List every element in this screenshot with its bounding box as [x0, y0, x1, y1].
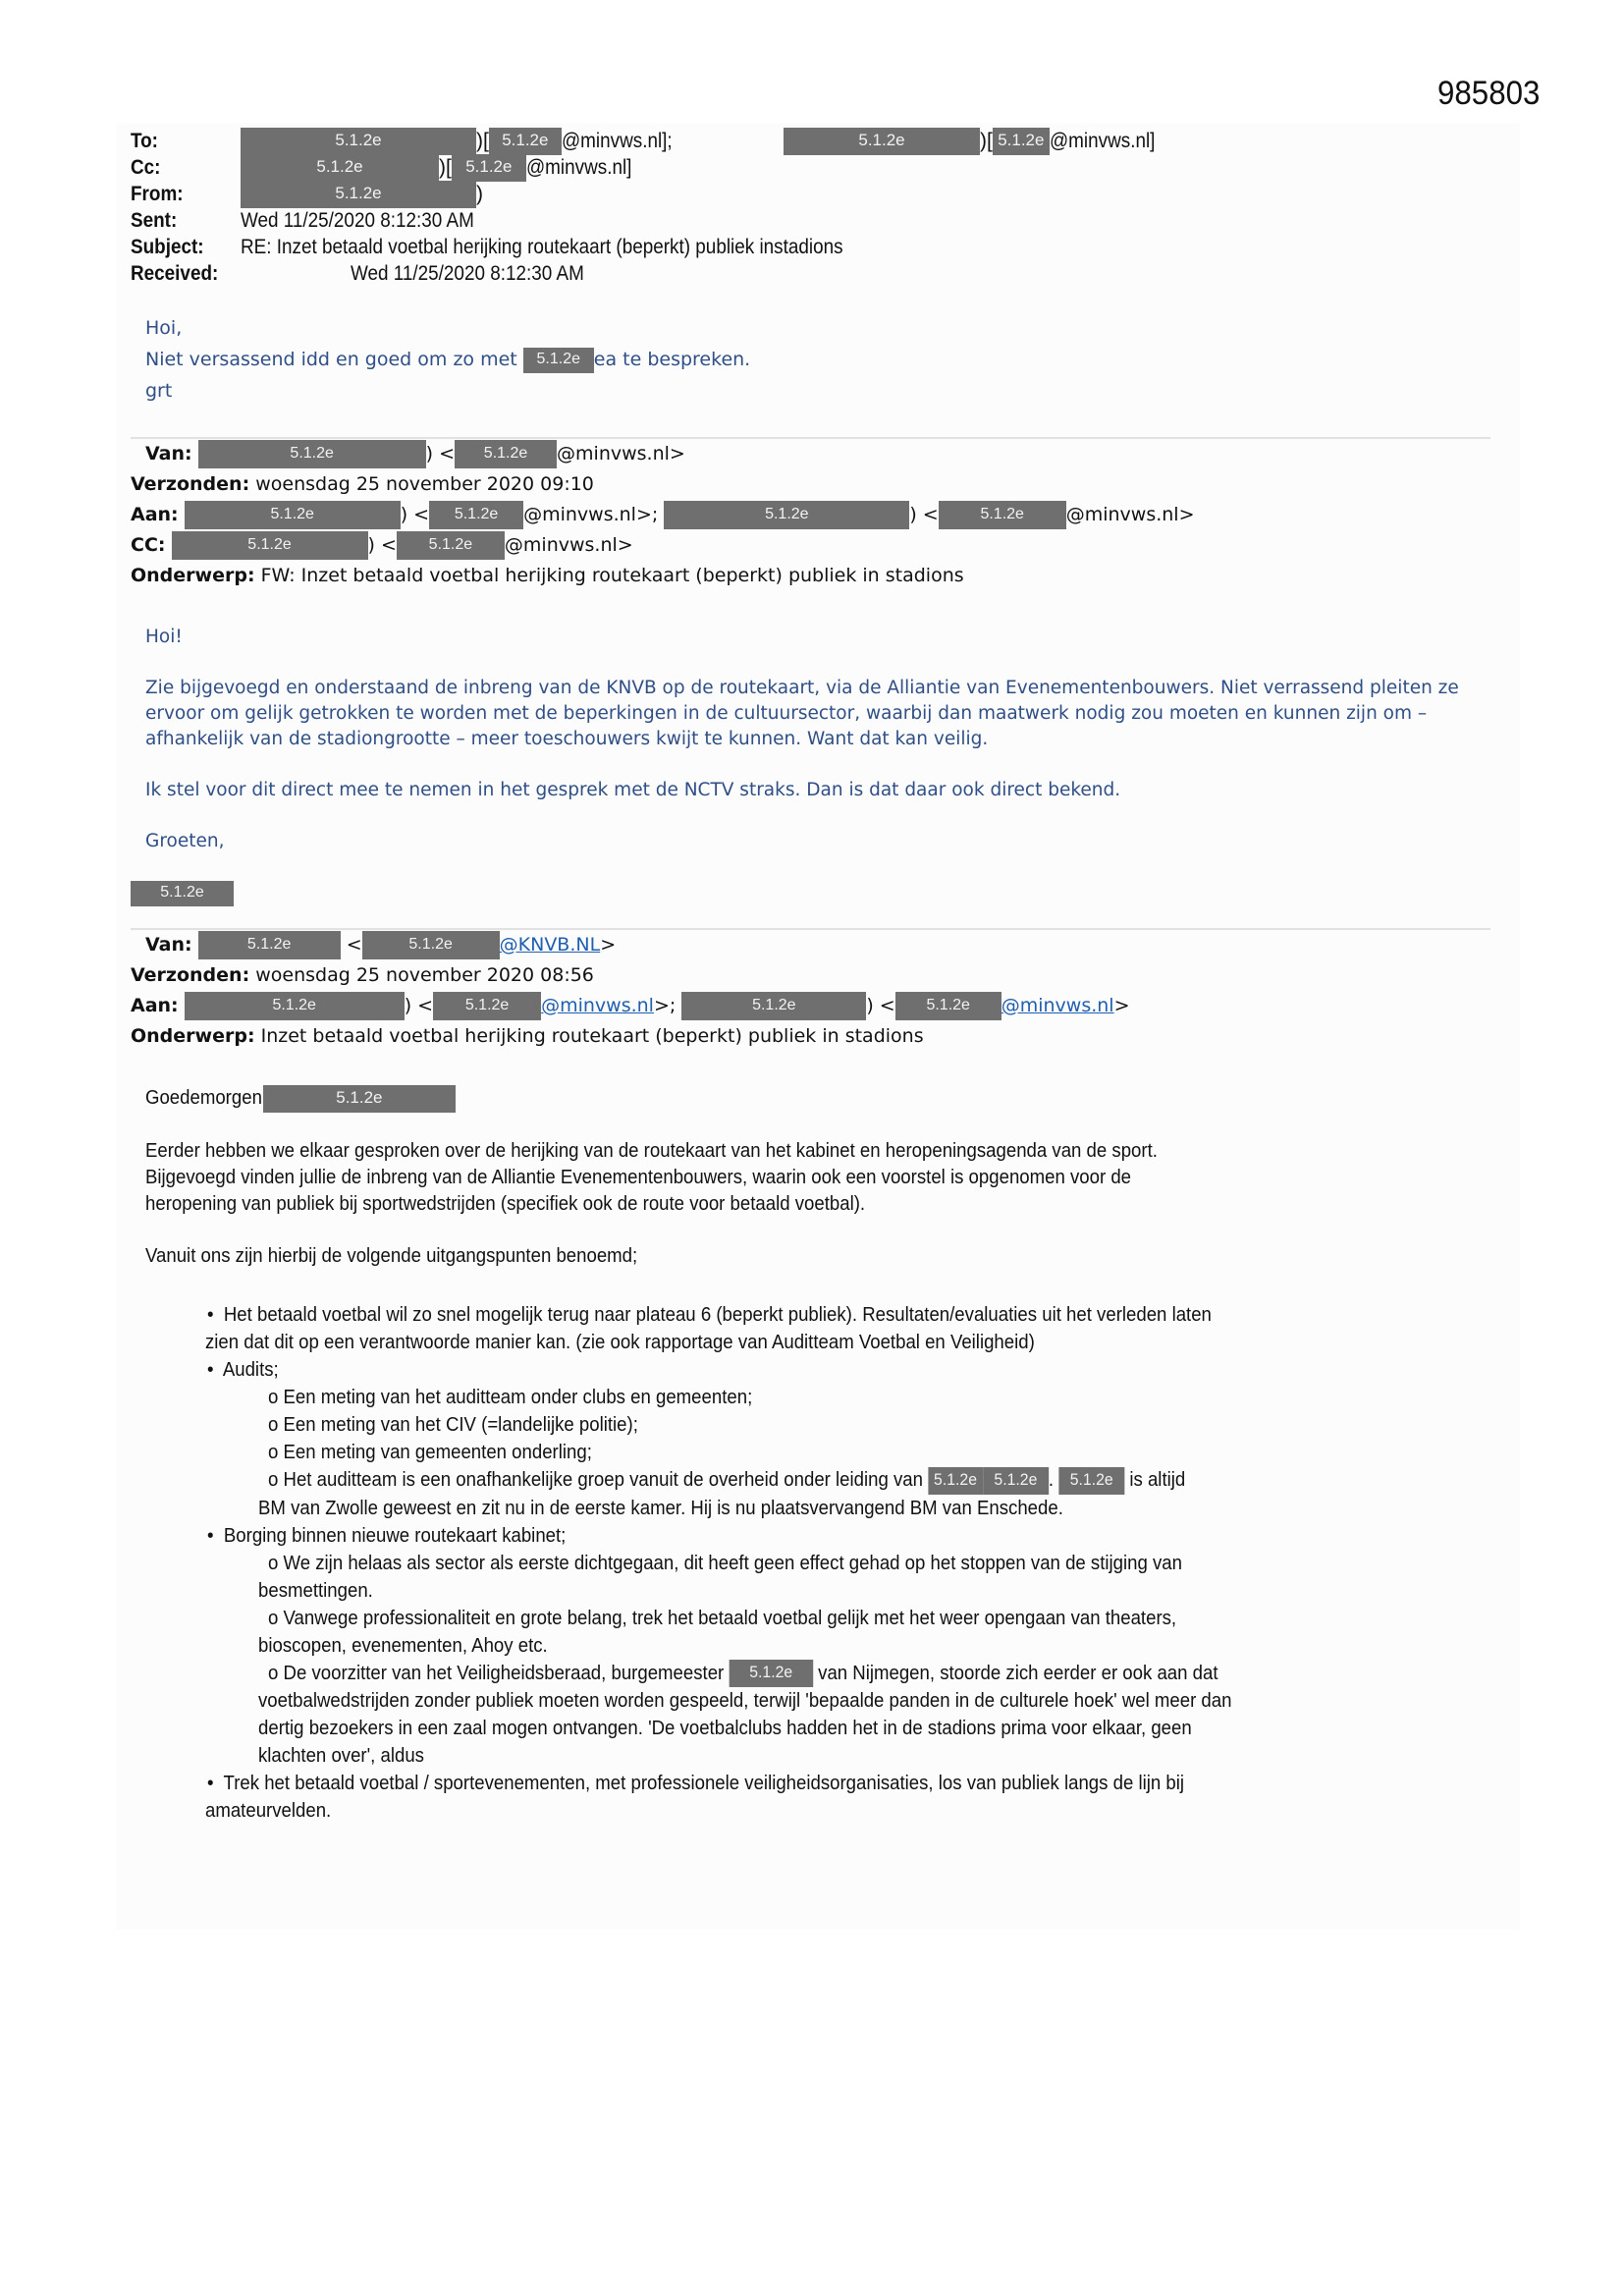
circle-bullet-icon: o: [268, 1414, 278, 1436]
van-label: Van:: [145, 934, 192, 956]
redaction: 5.1.2e: [983, 1467, 1049, 1495]
van-label: Van:: [145, 443, 192, 465]
sub-bullet-text: Een meting van gemeenten onderling;: [284, 1442, 592, 1463]
sub-bullet-line: o Het auditteam is een onafhankelijke gr…: [268, 1466, 1408, 1495]
original-intro-points: Vanuit ons zijn hierbij de volgende uitg…: [145, 1243, 1500, 1270]
separator-text: ): [476, 183, 483, 205]
sub-bullet-item: o Een meting van gemeenten onderling;: [207, 1439, 1493, 1466]
forward-paragraph-1: Zie bijgevoegd en onderstaand de inbreng…: [145, 676, 1490, 752]
bullet-icon: •: [207, 1359, 214, 1381]
sub-bullet-text: is altijd: [1129, 1469, 1185, 1491]
separator-text: )[: [980, 130, 993, 152]
van-row: Van: 5.1.2e <5.1.2e@KNVB.NL>: [131, 930, 1130, 960]
bracket-text: >: [1114, 995, 1130, 1016]
paragraph-line: heropening van publiek bij sportwedstrij…: [145, 1191, 865, 1218]
bullet-item: • Het betaald voetbal wil zo snel mogeli…: [207, 1301, 1493, 1356]
redaction: 5.1.2e: [939, 501, 1066, 529]
sub-bullet-text: Een meting van het auditteam onder clubs…: [284, 1387, 753, 1408]
redaction: 5.1.2e: [198, 931, 341, 959]
forward-paragraph-2: Ik stel voor dit direct mee te nemen in …: [145, 778, 1490, 803]
sub-bullet-text: We zijn helaas als sector als eerste dic…: [284, 1553, 1182, 1574]
van-suffix: @minvws.nl>: [557, 443, 685, 465]
sub-bullet-line: o Vanwege professionaliteit en grote bel…: [268, 1605, 1408, 1632]
redaction: 5.1.2e: [681, 992, 866, 1020]
from-label: From:: [131, 181, 184, 207]
cc-suffix: @minvws.nl]: [526, 154, 631, 181]
reply-line: Niet versassend idd en goed om zo met 5.…: [145, 344, 750, 375]
bullet-text: Trek het betaald voetbal / sportevenemen…: [224, 1773, 1184, 1794]
circle-bullet-icon: o: [268, 1442, 278, 1463]
circle-bullet-icon: o: [268, 1608, 278, 1629]
paragraph-line: Bijgevoegd vinden jullie de inbreng van …: [145, 1165, 1131, 1191]
sub-bullet-line: o Een meting van het CIV (=landelijke po…: [268, 1411, 1408, 1439]
original-paragraph-1: Eerder hebben we elkaar gesproken over d…: [145, 1138, 1500, 1218]
onderwerp-value: FW: Inzet betaald voetbal herijking rout…: [261, 565, 964, 586]
cc-row: CC: 5.1.2e) <5.1.2e@minvws.nl>: [131, 530, 1195, 561]
sub-bullet-line: o Een meting van het auditteam onder clu…: [268, 1384, 1408, 1411]
to-suffix-2: @minvws.nl]: [1050, 128, 1155, 154]
sub-bullet-line: o De voorzitter van het Veiligheidsberaa…: [268, 1660, 1408, 1688]
redaction: 5.1.2e: [928, 1467, 983, 1495]
redaction: 5.1.2e: [489, 128, 562, 155]
verzonden-value: woensdag 25 november 2020 08:56: [255, 964, 594, 986]
verzonden-value: woensdag 25 november 2020 09:10: [255, 473, 594, 495]
sub-bullet-text: bioscopen, evenementen, Ahoy etc.: [258, 1632, 1407, 1660]
sub-bullet-item: o De voorzitter van het Veiligheidsberaa…: [207, 1660, 1493, 1771]
redaction: 5.1.2e: [729, 1660, 813, 1687]
redaction: 5.1.2e: [185, 501, 401, 529]
onderwerp-label: Onderwerp:: [131, 1025, 255, 1047]
redaction: 5.1.2e: [455, 440, 557, 468]
bullet-item: • Audits;: [207, 1356, 1493, 1384]
subject-value: RE: Inzet betaald voetbal herijking rout…: [241, 234, 843, 260]
sub-bullet-item: o Een meting van het CIV (=landelijke po…: [207, 1411, 1493, 1439]
forward-closing: Groeten,: [145, 829, 1490, 854]
bullet-text: Audits;: [223, 1359, 279, 1381]
subject-label: Subject:: [131, 234, 204, 260]
from-value: 5.1.2e): [241, 181, 483, 208]
sub-bullet-text: dertig bezoekers in een zaal mogen ontva…: [258, 1715, 1407, 1742]
sub-bullet-line: o Een meting van gemeenten onderling;: [268, 1439, 1408, 1466]
sub-bullet-text: Het auditteam is een onafhankelijke groe…: [284, 1469, 923, 1491]
bullet-text: Het betaald voetbal wil zo snel mogelijk…: [224, 1304, 1212, 1326]
separator-text: )[: [476, 130, 489, 152]
aan-suffix-1: @minvws.nl>;: [523, 504, 658, 525]
aan-row: Aan: 5.1.2e) <5.1.2e@minvws.nl>; 5.1.2e)…: [131, 991, 1130, 1021]
to-suffix-1: @minvws.nl];: [562, 128, 673, 154]
redaction: 5.1.2e: [241, 128, 476, 155]
redaction: 5.1.2e: [131, 881, 234, 906]
aan-label: Aan:: [131, 995, 179, 1016]
to-value-2: 5.1.2e)[5.1.2e@minvws.nl]: [784, 128, 1166, 155]
redaction: 5.1.2e: [429, 501, 523, 529]
onderwerp-row: Onderwerp: FW: Inzet betaald voetbal her…: [131, 561, 1195, 591]
redaction: 5.1.2e: [452, 154, 526, 182]
aan-label: Aan:: [131, 504, 179, 525]
cc-suffix: @minvws.nl>: [505, 534, 633, 556]
sent-label: Sent:: [131, 207, 177, 234]
reply-signoff: grt: [145, 375, 750, 407]
sub-bullet-text: Vanwege professionaliteit en grote belan…: [284, 1608, 1177, 1629]
intro-text: Vanuit ons zijn hierbij de volgende uitg…: [145, 1243, 637, 1270]
bullet-line: • Trek het betaald voetbal / sportevenem…: [207, 1770, 1403, 1797]
reply-text: Niet versassend idd en goed om zo met: [145, 349, 517, 370]
to-value: 5.1.2e)[5.1.2e@minvws.nl];: [241, 128, 684, 155]
reply-greeting: Hoi,: [145, 312, 750, 344]
paragraph-line: Eerder hebben we elkaar gesproken over d…: [145, 1138, 1158, 1165]
aan-row: Aan: 5.1.2e) <5.1.2e@minvws.nl>; 5.1.2e)…: [131, 500, 1195, 530]
redaction: 5.1.2e: [993, 128, 1050, 155]
sub-bullet-text: De voorzitter van het Veiligheidsberaad,…: [284, 1663, 725, 1684]
sub-bullet-text: Een meting van het CIV (=landelijke poli…: [284, 1414, 638, 1436]
sub-bullet-item: o Het auditteam is een onafhankelijke gr…: [207, 1466, 1493, 1522]
sub-bullet-text: klachten over', aldus: [258, 1742, 1407, 1770]
document-number: 985803: [1437, 75, 1540, 113]
original-greeting: Goedemorgen5.1.2e: [145, 1085, 1500, 1113]
sub-bullet-item: o Vanwege professionaliteit en grote bel…: [207, 1605, 1493, 1660]
bullet-item: • Trek het betaald voetbal / sportevenem…: [207, 1770, 1493, 1825]
bullet-line: • Het betaald voetbal wil zo snel mogeli…: [207, 1301, 1403, 1329]
circle-bullet-icon: o: [268, 1553, 278, 1574]
sub-bullet-text: van Nijmegen, stoorde zich eerder er ook…: [818, 1663, 1218, 1684]
bullet-icon: •: [207, 1773, 214, 1794]
bullet-icon: •: [207, 1525, 214, 1547]
onderwerp-label: Onderwerp:: [131, 565, 255, 586]
redaction: 5.1.2e: [784, 128, 980, 155]
verzonden-label: Verzonden:: [131, 473, 249, 495]
forward-greeting: Hoi!: [145, 625, 1490, 650]
cc-label: CC:: [131, 534, 166, 556]
sub-bullet-text: BM van Zwolle geweest en zit nu in de ee…: [258, 1495, 1407, 1522]
reply-text: ea te bespreken.: [594, 349, 750, 370]
original-body: Goedemorgen5.1.2e Eerder hebben we elkaa…: [145, 1085, 1500, 1270]
bullet-item: • Borging binnen nieuwe routekaart kabin…: [207, 1522, 1493, 1550]
redaction: 5.1.2e: [397, 531, 505, 560]
cc-value: 5.1.2e)[5.1.2e@minvws.nl]: [241, 154, 643, 182]
greeting-text: Goedemorgen: [145, 1085, 262, 1112]
redaction: 5.1.2e: [895, 992, 1001, 1020]
bracket-text: >;: [654, 995, 676, 1016]
redaction: 5.1.2e: [241, 181, 476, 208]
to-label: To:: [131, 128, 158, 154]
bullet-text: zien dat dit op een verantwoorde manier …: [205, 1329, 1403, 1356]
redaction: 5.1.2e: [263, 1085, 456, 1113]
forward-header: Van: 5.1.2e) <5.1.2e@minvws.nl> Verzonde…: [131, 439, 1195, 591]
bullet-line: • Audits;: [207, 1356, 1403, 1384]
circle-bullet-icon: o: [268, 1663, 278, 1684]
bullet-text: Borging binnen nieuwe routekaart kabinet…: [224, 1525, 566, 1547]
van-row: Van: 5.1.2e) <5.1.2e@minvws.nl>: [131, 439, 1195, 469]
verzonden-label: Verzonden:: [131, 964, 249, 986]
separator-text: )[: [439, 156, 452, 179]
aan-suffix-2: @minvws.nl>: [1066, 504, 1195, 525]
circle-bullet-icon: o: [268, 1469, 278, 1491]
sub-bullet-line: o We zijn helaas als sector als eerste d…: [268, 1550, 1408, 1577]
redaction: 5.1.2e: [198, 440, 426, 468]
minvws-email-link[interactable]: @minvws.nl: [541, 995, 654, 1016]
sent-value: Wed 11/25/2020 8:12:30 AM: [241, 207, 474, 234]
forward-body: Hoi! Zie bijgevoegd en onderstaand de in…: [145, 625, 1490, 854]
sub-bullet-text: besmettingen.: [258, 1577, 1407, 1605]
signature: 5.1.2e: [131, 881, 234, 906]
cc-label: Cc:: [131, 154, 160, 181]
redaction: 5.1.2e: [523, 348, 594, 373]
sub-bullet-text: voetbalwedstrijden zonder publiek moeten…: [258, 1687, 1407, 1715]
received-value: Wed 11/25/2020 8:12:30 AM: [351, 260, 584, 287]
knvb-email-link[interactable]: @KNVB.NL: [500, 934, 601, 956]
redaction: 5.1.2e: [185, 992, 405, 1020]
circle-bullet-icon: o: [268, 1387, 278, 1408]
redaction: 5.1.2e: [1058, 1467, 1124, 1495]
redaction: 5.1.2e: [362, 931, 500, 959]
sub-bullet-item: o We zijn helaas als sector als eerste d…: [207, 1550, 1493, 1605]
bullet-line: • Borging binnen nieuwe routekaart kabin…: [207, 1522, 1403, 1550]
bullet-icon: •: [207, 1304, 214, 1326]
reply-body: Hoi, Niet versassend idd en goed om zo m…: [145, 312, 750, 407]
onderwerp-row: Onderwerp: Inzet betaald voetbal herijki…: [131, 1021, 1130, 1052]
original-header: Van: 5.1.2e <5.1.2e@KNVB.NL> Verzonden: …: [131, 930, 1130, 1052]
redaction: 5.1.2e: [241, 154, 439, 182]
bullet-text: amateurvelden.: [205, 1797, 1403, 1825]
redaction: 5.1.2e: [172, 531, 368, 560]
redaction: 5.1.2e: [433, 992, 541, 1020]
sub-bullet-text: .: [1049, 1469, 1054, 1491]
minvws-email-link[interactable]: @minvws.nl: [1001, 995, 1114, 1016]
verzonden-row: Verzonden: woensdag 25 november 2020 09:…: [131, 469, 1195, 500]
bullet-list: • Het betaald voetbal wil zo snel mogeli…: [207, 1301, 1493, 1825]
bracket-text: >: [600, 934, 616, 956]
sub-bullet-item: o Een meting van het auditteam onder clu…: [207, 1384, 1493, 1411]
redaction: 5.1.2e: [664, 501, 909, 529]
onderwerp-value: Inzet betaald voetbal herijking routekaa…: [261, 1025, 924, 1047]
received-label: Received:: [131, 260, 218, 287]
verzonden-row: Verzonden: woensdag 25 november 2020 08:…: [131, 960, 1130, 991]
